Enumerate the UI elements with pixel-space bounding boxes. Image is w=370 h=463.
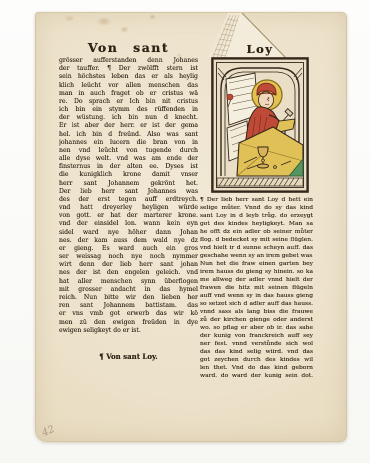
text-line: mit grosser andacht in das hymel (59, 286, 198, 294)
text-line: Nun het die fraw einen garten bey (200, 260, 313, 268)
text-line: nes. der kam auss dem wald nye dz (59, 237, 198, 245)
text-line: man in auch fraget ob er cristus wä (59, 90, 198, 98)
text-line: so setzet sich d adler auff das hauss. (200, 300, 313, 308)
text-line: der kunig von franckreich auff sey (200, 332, 313, 340)
text-line: ser weissag noch nye noch nymmer (59, 253, 198, 261)
text-line: von gott. er hat der marterer krone. (59, 212, 198, 220)
text-line: Er ist aber der herr. er ist der gema (59, 122, 198, 130)
text-line: herr sant Johannem gekrönt het. (59, 180, 198, 188)
text-line: zů der kirchen gienge oder anderst (200, 316, 313, 324)
text-line: grösser aufferstanden denn Johanes (59, 57, 198, 65)
text-line: wirt denn der lieb herr sant johan (59, 261, 198, 269)
text-line: selige můter. Vnnd do sy das kind (200, 204, 313, 212)
text-line: irem hauss do gieng sy hinein. so ka (200, 268, 313, 276)
right-text-column: ¶ Der lieb herr sant Loy d hett einselig… (200, 196, 313, 380)
text-line: frawen die hitz mit seinen flügeln (200, 284, 313, 292)
text-line: der wüstung. ich bin nun d knecht. (59, 114, 198, 122)
text-line: klich leücht vor allen menschen das (59, 82, 198, 90)
text-line: vnd hielt ir d sunne scheyn auff. das (200, 244, 313, 252)
woodcut-saint-loy-goldsmith (211, 57, 309, 193)
text-line: flog. d bedecket sy mit seine flüglen. (200, 236, 313, 244)
text-line: vnnd sass als lang biss die frauwe (200, 308, 313, 316)
foxing-spot (96, 17, 112, 26)
photo-of-incunabulum-page: Von sant Loy grösser aufferstanden denn … (0, 0, 370, 463)
text-line: johannes ein lucern die bran von in (59, 139, 198, 147)
foxing-spot (149, 14, 156, 20)
text-line: got zeychen durch des kindes wil (200, 356, 313, 364)
text-line: das das kind selig wiird. vnd das (200, 348, 313, 356)
foxing-spot (120, 26, 129, 33)
text-line: ich bin ein stymm des rüffenden in (59, 106, 198, 114)
text-line: he offt dz ein adler ob seiner můter (200, 228, 313, 236)
text-line: nen vnd leücht von tugende durch (59, 147, 198, 155)
text-line: er vns vmb got erwerb das wir kö (59, 310, 198, 318)
text-line: hel. ich bin d freünd. Also was sant (59, 131, 198, 139)
text-line: re. Do sprach er Ich bin nit cristus (59, 98, 198, 106)
text-line: der tauffer. ¶ Der zwölfft stern ist (59, 65, 198, 73)
text-line: ner fest. vnnd verstůnde sich wol (200, 340, 313, 348)
text-line: wo. so pflag er aber ob ir. das sahe (200, 324, 313, 332)
text-line: ren sant Johannem battistam. das (59, 302, 198, 310)
text-line: nes der ist den engelen geleich. vnd (59, 269, 198, 277)
text-line: men zů den ewigen freüden in dye (59, 319, 198, 327)
text-line: alle dyse welt. vnd was am ende der (59, 155, 198, 163)
text-line: er gieng. Es ward auch ein gros (59, 245, 198, 253)
pencil-folio-number: 42 (40, 424, 56, 439)
text-line: die kunigklich krone damit vnser (59, 171, 198, 179)
text-line: ¶ Der lieb herr sant Loy d hett ein (200, 196, 313, 204)
section-caption-von-sant-loy: ¶ Von sant Loy. (59, 352, 198, 361)
text-line: geschahe wenn sy an irem gebet was. (200, 252, 313, 260)
text-line: hat aller menschen synn überflogen (59, 278, 198, 286)
foxing-spot (64, 15, 75, 22)
text-line: vnd hatt dreyerley heyligen würde (59, 204, 198, 212)
text-line: reich. Nun bitte wir den lieben her (59, 294, 198, 302)
text-line: ward. do ward der kunig sein dot. (200, 372, 313, 380)
left-text-column: grösser aufferstanden denn Johanesder ta… (59, 57, 198, 335)
text-line: des der erst tegen auff erdtreych. (59, 196, 198, 204)
text-line: me allweg der adler vnnd hielt der (200, 276, 313, 284)
text-line: Der lieb herr sant Johannes was (59, 188, 198, 196)
header-loy: Loy (211, 42, 309, 56)
text-line: finsternus in der alten ee. Dyses ist (59, 163, 198, 171)
text-line: len thet. Vnd do das kind geborn (200, 364, 313, 372)
text-line: sant Loy in d leyb trůg. do erzeygt (200, 212, 313, 220)
header-von-sant: Von sant (59, 40, 198, 55)
book-page: Von sant Loy grösser aufferstanden denn … (35, 12, 347, 442)
text-line: sein höchstes leben das er als heylig (59, 73, 198, 81)
text-line: vnd der einsidel lon. wann kein eyn (59, 220, 198, 228)
text-line: auff vnd wenn sy in das hauss gieng (200, 292, 313, 300)
text-line: ewigen seligkeyt do er ist. (59, 327, 198, 335)
text-line: got des kindes heyligkeyt. Man sa (200, 220, 313, 228)
hatched-base (217, 178, 303, 186)
text-line: sidel ward nye höher dann Johan (59, 229, 198, 237)
